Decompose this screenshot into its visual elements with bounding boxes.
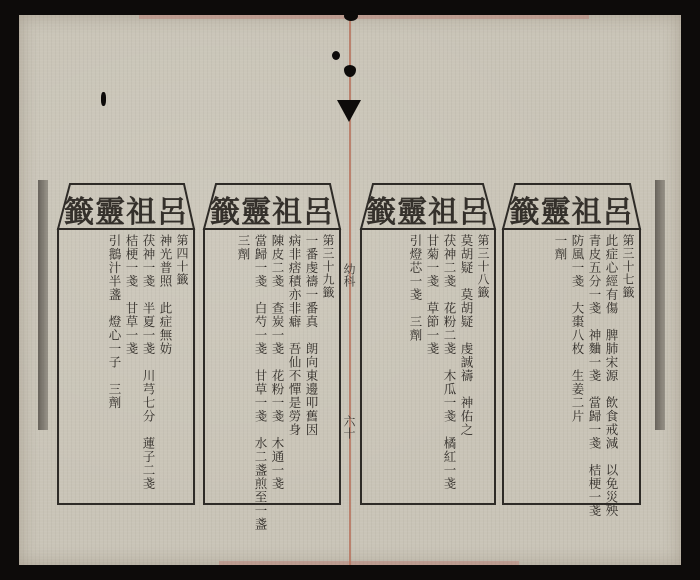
- bleed-through-edge-left: [38, 180, 48, 430]
- slip-dosage: 一劑: [553, 234, 567, 499]
- ink-blot: [101, 92, 106, 106]
- slip-body: 第三十九籤 一番虔禱一番真 朗向東邊叩舊因 病非痞積亦非癖 吾仙不憚是勞身 陳皮…: [203, 228, 341, 505]
- slip-prescription: 陳皮二戔 查炭一戔 花粉一戔 木通一戔: [270, 234, 284, 499]
- slip-verse: 神光普照 此症無妨: [158, 234, 172, 499]
- ink-blot: [332, 51, 340, 60]
- slip-dosage: 三劑: [236, 234, 250, 499]
- slip-prescription: 茯神一戔 半夏一戔 川芎七分 蓮子二戔: [141, 234, 155, 499]
- slip-verse: 一番虔禱一番真 朗向東邊叩舊因: [304, 234, 318, 499]
- slip-number: 第三十七籤: [621, 234, 635, 499]
- page-number: 六十: [341, 415, 358, 439]
- bleed-through-edge-right: [655, 180, 665, 430]
- ink-blot: [344, 11, 358, 21]
- slip-header-title: 呂祖靈籤: [57, 187, 195, 231]
- slip-header-title: 呂祖靈籤: [502, 187, 641, 231]
- slip-prescription: 甘菊一戔 草節一戔: [425, 234, 439, 499]
- binding-spine: [349, 15, 351, 565]
- slip-prescription: 青皮五分一戔 神麯一戔 當歸一戔 桔梗一戔: [587, 234, 601, 499]
- slip-prescription: 桔梗一戔 甘草一戔: [124, 234, 138, 499]
- slip-verse: 莫胡疑 莫胡疑 虔誠禱 神佑之: [459, 234, 473, 499]
- slip-prescription: 當歸一戔 白芍一戔 甘草一戔 水二盞煎至一盞: [253, 234, 267, 499]
- slip-prescription: 茯神二戔 花粉二戔 木瓜一戔 橘紅一戔: [442, 234, 456, 499]
- slip-number: 第四十籤: [175, 234, 189, 499]
- slip-number: 第三十九籤: [321, 234, 335, 499]
- slip-body: 第三十八籤 莫胡疑 莫胡疑 虔誠禱 神佑之 茯神二戔 花粉二戔 木瓜一戔 橘紅一…: [360, 228, 496, 505]
- spine-category-label: 幼科: [341, 263, 358, 287]
- slip-verse: 此症心經有傷 脾肺宋源 飲食戒減 以免災殃: [604, 234, 618, 499]
- slip-prescription: 防風一戔 大棗八枚 生姜二片: [570, 234, 584, 499]
- ink-blot: [337, 100, 361, 122]
- slip-prescription: 引鵝汁半盞 燈心一子 三劑: [107, 234, 121, 499]
- red-edge-stain-top: [139, 15, 589, 19]
- slip-verse: 病非痞積亦非癖 吾仙不憚是勞身: [287, 234, 301, 499]
- ink-blot: [344, 65, 356, 77]
- slip-header-title: 呂祖靈籤: [203, 187, 341, 231]
- red-edge-stain-bottom: [219, 561, 519, 565]
- slip-prescription: 引燈芯一戔 三劑: [408, 234, 422, 499]
- slip-number: 第三十八籤: [476, 234, 490, 499]
- slip-header-title: 呂祖靈籤: [360, 187, 496, 231]
- slip-body: 第三十七籤 此症心經有傷 脾肺宋源 飲食戒減 以免災殃 青皮五分一戔 神麯一戔 …: [502, 228, 641, 505]
- slip-body: 第四十籤 神光普照 此症無妨 茯神一戔 半夏一戔 川芎七分 蓮子二戔 桔梗一戔 …: [57, 228, 195, 505]
